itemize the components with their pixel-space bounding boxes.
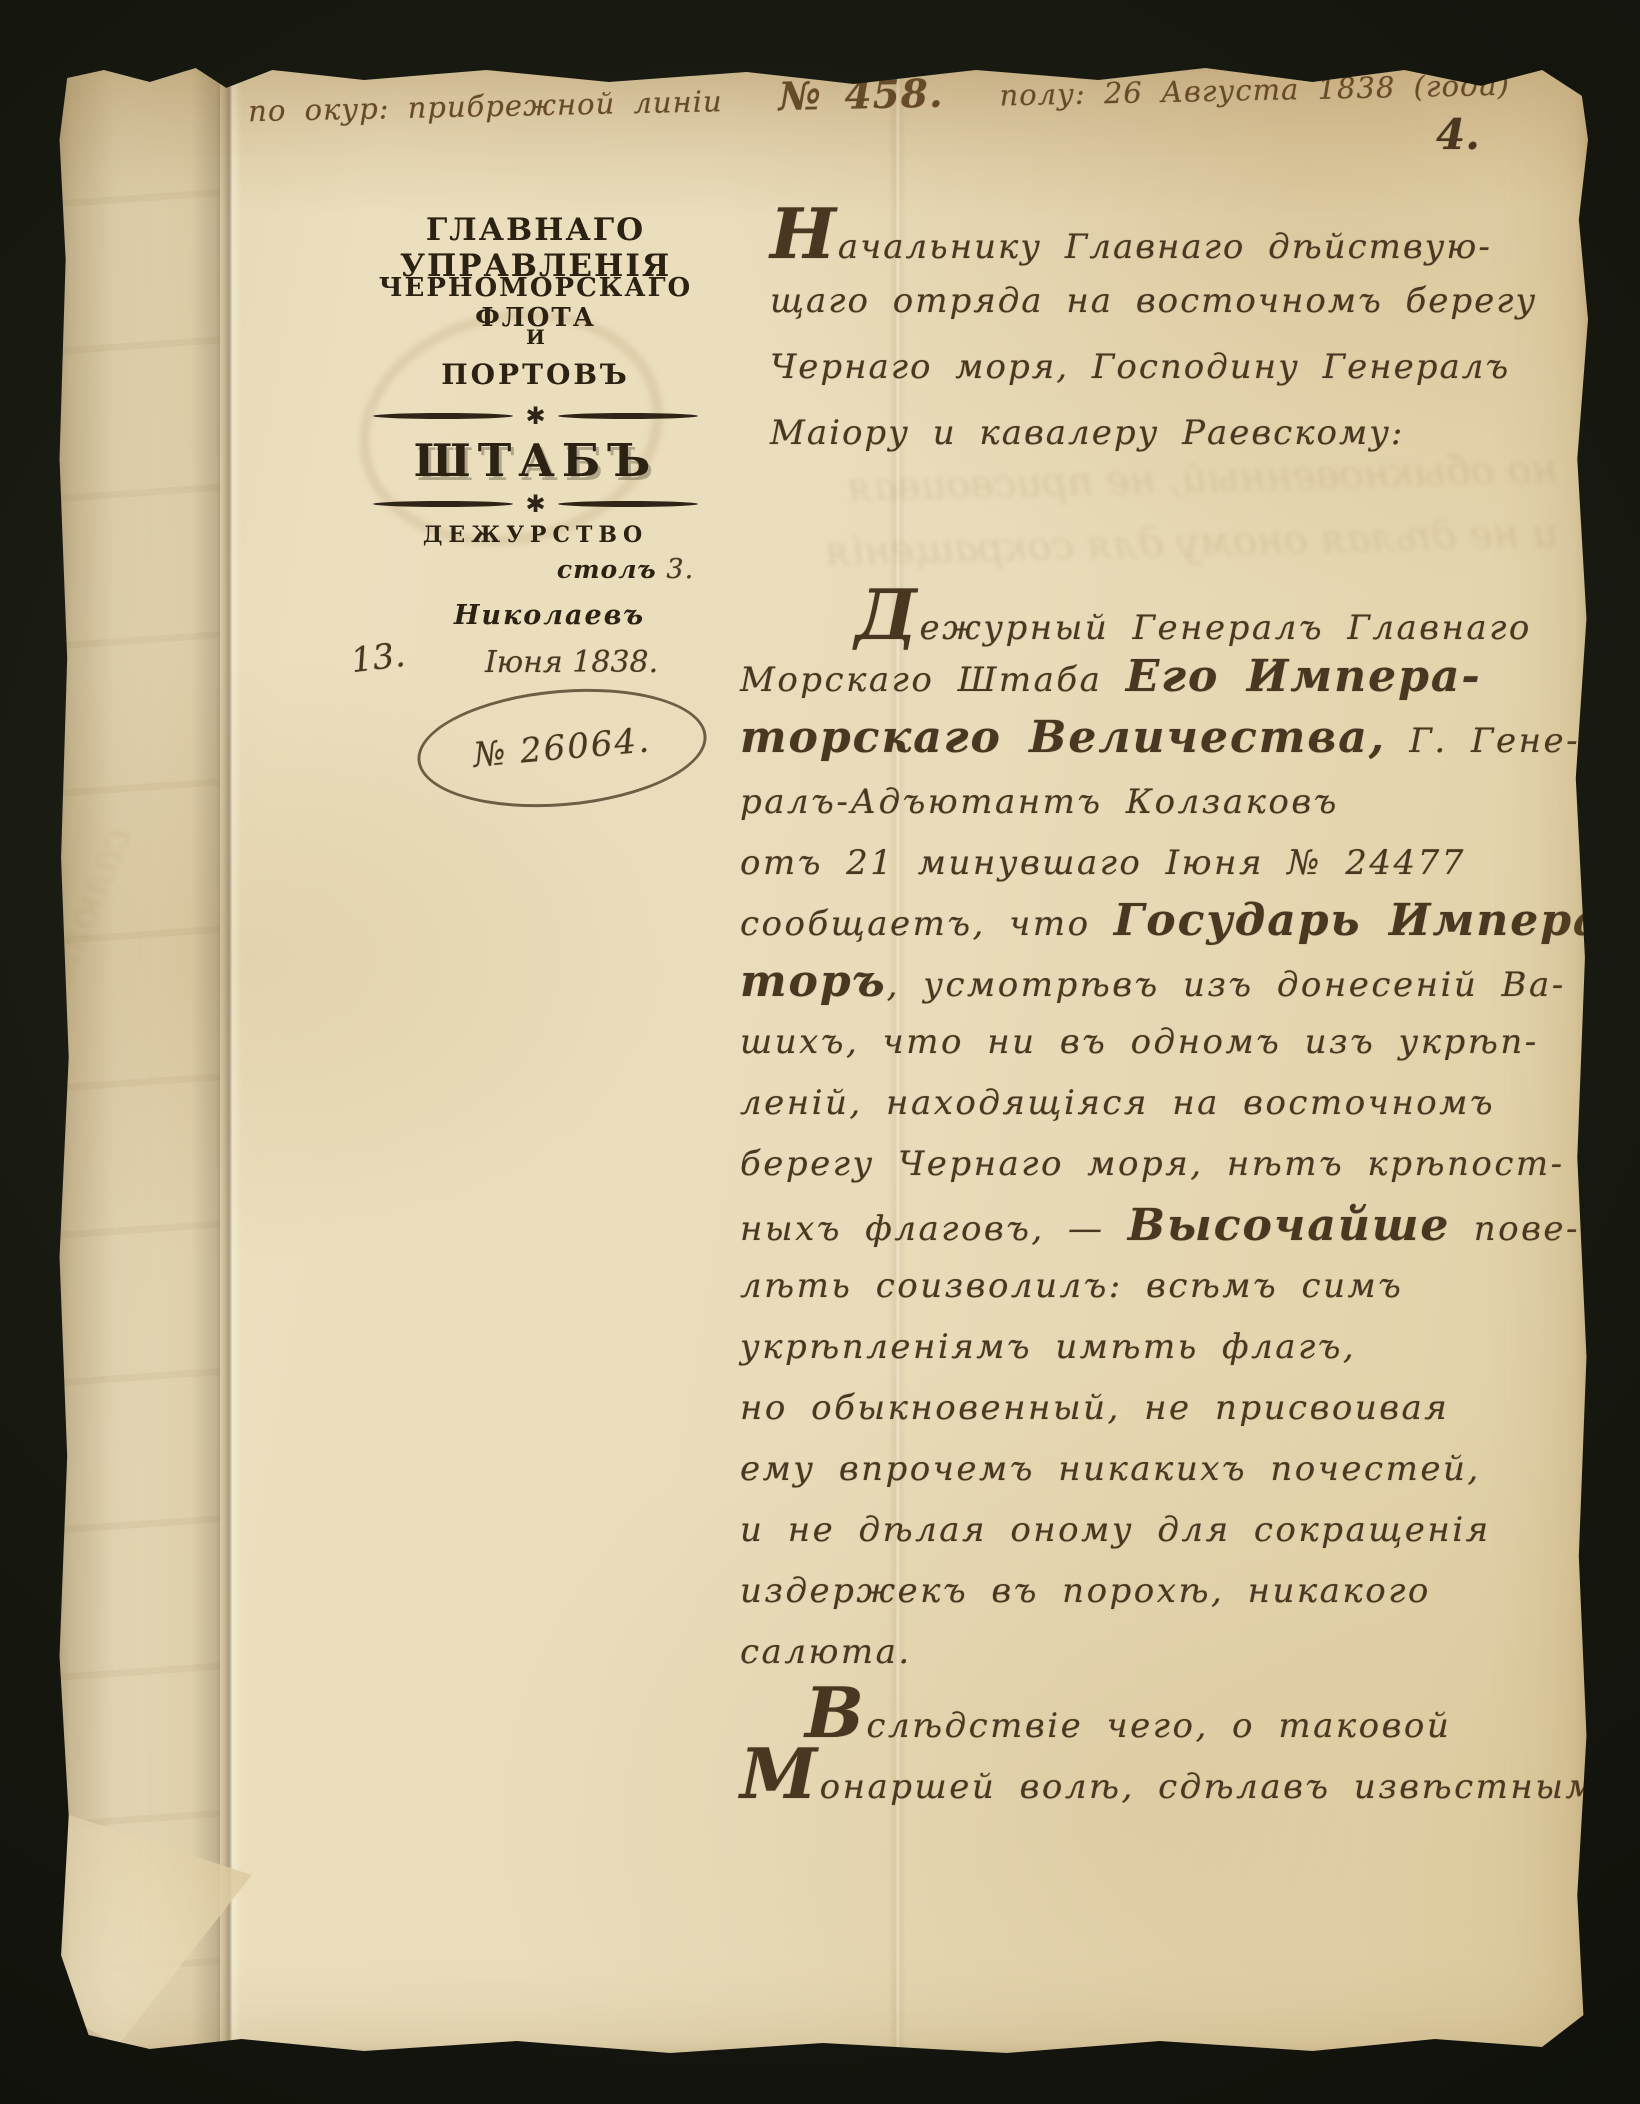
line-text: Монаршей волѣ, сдѣлавъ извѣстными [740, 1767, 1621, 1807]
star-ornament-icon: ✱ [525, 404, 545, 428]
line-text: Вслѣдствіе чего, о таковой [805, 1706, 1451, 1746]
manuscript-line: Морскаго Штаба Его Импера- [740, 646, 1560, 707]
desk-number: 3. [666, 554, 694, 585]
line-text: но обыкновенный, не присвоивая [740, 1388, 1449, 1428]
annotation-text-right: полу: 26 Августа 1838 (года) [999, 68, 1510, 113]
ornament-rule [558, 413, 698, 419]
letterhead-org-line4: ПОРТОВЪ [313, 358, 758, 391]
letter-body: Дежурный Генералъ Главнаго Морскаго Штаб… [740, 585, 1560, 1805]
ornament-divider: ✱ [313, 492, 758, 516]
address-line: Маіору и кавалеру Раевскому: [770, 400, 1582, 466]
letterhead-staff: ШТАБЪ [313, 434, 758, 487]
line-emphasis: Государь Импера- [1114, 895, 1624, 946]
line-text: отъ 21 минувшаго Іюня № 24477 [740, 843, 1466, 883]
line-text: Дежурный Генералъ Главнаго [855, 608, 1532, 648]
manuscript-line: Вслѣдствіе чего, о таковой [740, 1683, 1560, 1744]
ornament-rule [558, 501, 698, 507]
line-text: берегу Чернаго моря, нѣтъ крѣпост- [740, 1144, 1565, 1184]
manuscript-line: сообщаетъ, что Государь Импера- [740, 890, 1560, 951]
line-emphasis: Его Импера- [1126, 651, 1482, 702]
line-text: леній, находящіяся на восточномъ [740, 1083, 1495, 1123]
letterhead-city: Николаевъ [313, 600, 772, 631]
line-text: ему впрочемъ никакихъ почестей, [740, 1449, 1481, 1489]
manuscript-line: ныхъ флаговъ, — Высочайше пове- [740, 1195, 1560, 1256]
document-number-oval: № 26064. [412, 678, 711, 819]
ornament-rule [373, 501, 513, 507]
manuscript-line: но обыкновенный, не присвоивая [740, 1378, 1560, 1439]
letterhead-desk-row: столъ 3. [313, 554, 848, 585]
line-text: укрѣпленіямъ имѣть флагъ, [740, 1327, 1356, 1367]
ornament-divider: ✱ [313, 404, 758, 428]
line-text: пове- [1450, 1209, 1580, 1249]
line-text: салюта. [740, 1632, 912, 1672]
manuscript-line: ралъ-Адъютантъ Колзаковъ [740, 768, 1560, 829]
line-emphasis: торскаго Величества, [740, 712, 1386, 763]
manuscript-line: леній, находящіяся на восточномъ [740, 1073, 1560, 1134]
line-text: сообщаетъ, что [740, 904, 1114, 944]
letterhead-duty: ДЕЖУРСТВО [313, 522, 758, 548]
line-text: и не дѣлая оному для сокращенія [740, 1510, 1491, 1550]
line-text: шихъ, что ни въ одномъ изъ укрѣп- [740, 1022, 1539, 1062]
line-emphasis: Высочайше [1128, 1200, 1451, 1251]
document-page: но обыкновенный, не присвоивая и не дѣла… [58, 60, 1588, 2055]
manuscript-line: берегу Чернаго моря, нѣтъ крѣпост- [740, 1134, 1560, 1195]
manuscript-line: шихъ, что ни въ одномъ изъ укрѣп- [740, 1012, 1560, 1073]
letterhead-org-line3: И [313, 325, 758, 349]
ink-bleed-line: салюта. [30, 820, 141, 1005]
line-text: Морскаго Штаба [740, 660, 1126, 700]
line-emphasis: торъ [740, 956, 887, 1007]
manuscript-line: торъ, усмотрѣвъ изъ донесеній Ва- [740, 951, 1560, 1012]
line-text: ралъ-Адъютантъ Колзаковъ [740, 782, 1339, 822]
letterhead-day-number: 13. [349, 635, 408, 681]
manuscript-line: укрѣпленіямъ имѣть флагъ, [740, 1317, 1560, 1378]
manuscript-line: Дежурный Генералъ Главнаго [740, 585, 1560, 646]
letterhead-org-line2: ЧЕРНОМОРСКАГО ФЛОТА [313, 273, 758, 333]
address-line: Чернаго моря, Господину Генералъ [770, 334, 1582, 400]
line-text: ныхъ флаговъ, — [740, 1209, 1128, 1249]
manuscript-line: отъ 21 минувшаго Іюня № 24477 [740, 829, 1560, 890]
line-text: лѣть соизволилъ: всѣмъ симъ [740, 1266, 1403, 1306]
page-number: 4. [1436, 110, 1480, 159]
desk-label: столъ [557, 555, 657, 584]
ornament-rule [373, 413, 513, 419]
fold-crease [216, 60, 242, 2055]
scan-background: но обыкновенный, не присвоивая и не дѣла… [0, 0, 1640, 2104]
address-block: Начальнику Главнаго дѣйствую- щаго отряд… [770, 202, 1582, 466]
line-text: издержекъ въ порохѣ, никакого [740, 1571, 1431, 1611]
manuscript-line: лѣть соизволилъ: всѣмъ симъ [740, 1256, 1560, 1317]
manuscript-line: и не дѣлая оному для сокращенія [740, 1500, 1560, 1561]
torn-corner-flap [54, 1805, 269, 2055]
address-line: щаго отряда на восточномъ берегу [770, 268, 1582, 334]
manuscript-line: Монаршей волѣ, сдѣлавъ извѣстными [740, 1744, 1560, 1805]
line-text: , усмотрѣвъ изъ донесеній Ва- [887, 965, 1566, 1005]
manuscript-line: торскаго Величества, Г. Гене- [740, 707, 1560, 768]
document-number: № 26064. [472, 720, 653, 775]
address-line: Начальнику Главнаго дѣйствую- [770, 202, 1582, 268]
manuscript-line: ему впрочемъ никакихъ почестей, [740, 1439, 1560, 1500]
letterhead: ГЛАВНАГО УПРАВЛЕНІЯ ЧЕРНОМОРСКАГО ФЛОТА … [313, 60, 758, 860]
annotation-number: № 458. [778, 71, 944, 120]
star-ornament-icon: ✱ [525, 492, 545, 516]
manuscript-line: издержекъ въ порохѣ, никакого [740, 1561, 1560, 1622]
binding-margin [58, 60, 220, 2055]
line-text: Г. Гене- [1386, 721, 1580, 761]
